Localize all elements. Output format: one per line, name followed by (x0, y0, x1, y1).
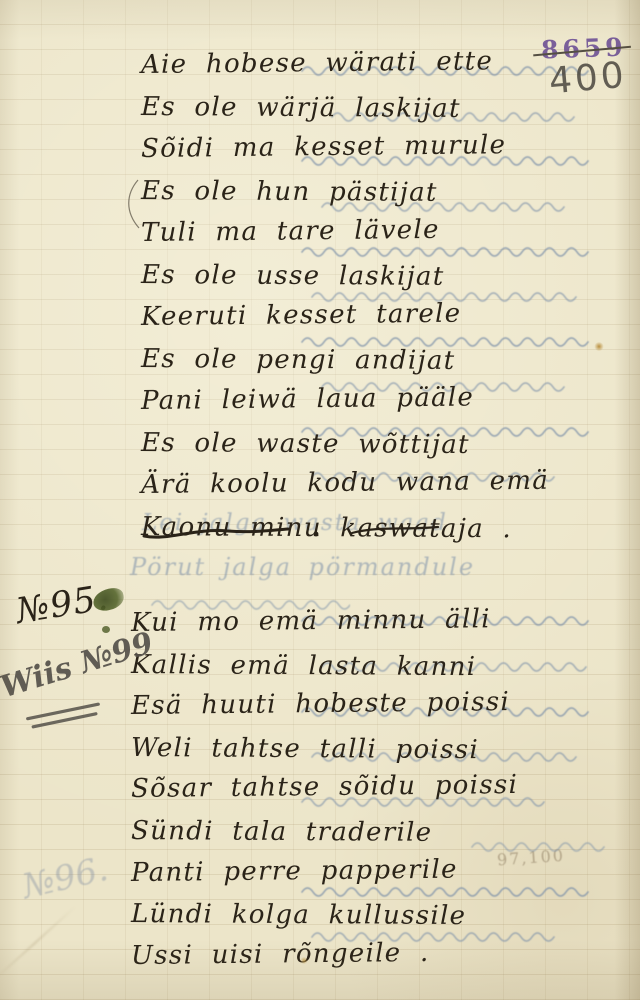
poem-line: Lündi kolga kullussile (131, 894, 518, 938)
poem-line: Ussi uisi rõngeile . (131, 932, 519, 978)
poem-line: Sõsar tahtse sõidu poissi (131, 765, 519, 811)
poem-line: Ärä koolu kodu wana emä (141, 460, 550, 506)
poem-line: Panti perre papperile (131, 849, 519, 895)
poem-line: Sündi tala traderile (131, 811, 518, 855)
green-ink-dot (102, 626, 110, 633)
poem-stanza-2: Kui mo emä minnu älli Kallis emä lasta k… (131, 603, 518, 977)
poem-line: Tuli ma tare lävele (141, 208, 550, 254)
poem-line: Sõidi ma kesset murule (141, 124, 550, 170)
manuscript-page: Lei jalga wasta waad Pörut jalga pörmand… (0, 0, 640, 1000)
bleedthrough-text: Pörut jalga pörmandule (130, 553, 475, 581)
poem-line: Aie hobese wärati ette (141, 40, 550, 86)
poem-line: Kui mo emä minnu älli (131, 599, 519, 645)
poem-line: Pani leiwä laua pääle (141, 376, 550, 422)
section-divider-flourish (138, 518, 458, 546)
poem-stanza-1: Aie hobese wärati ette Es ole wärjä lask… (141, 44, 549, 548)
page-number: 400 (547, 55, 628, 103)
poem-line: Esä huuti hobeste poissi (131, 682, 519, 728)
poem-line: Keeruti kesset tarele (141, 292, 550, 338)
stray-pen-stroke (122, 178, 142, 230)
